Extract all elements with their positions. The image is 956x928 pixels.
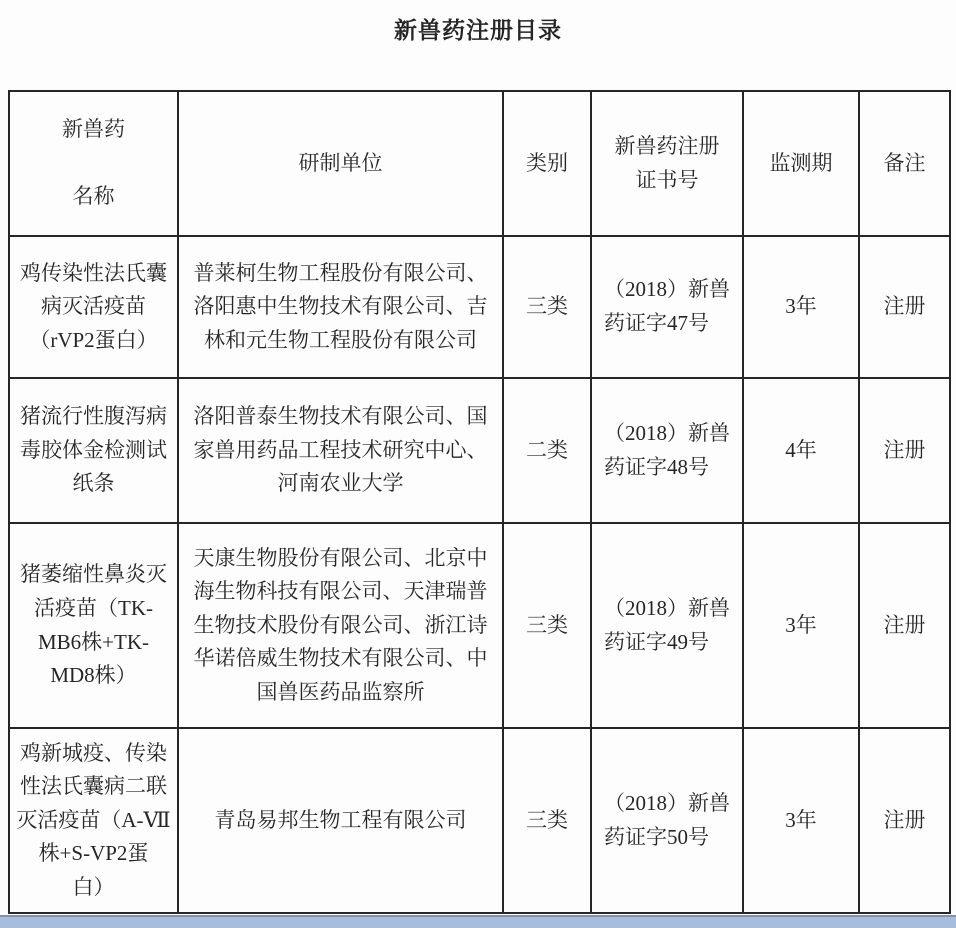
cell-cert-no: （2018）新兽 药证字50号 bbox=[591, 728, 743, 913]
col-header-monitor-period: 监测期 bbox=[743, 91, 859, 236]
table-header-row: 新兽药 名称 研制单位 类别 新兽药注册 证书号 监测期 备注 bbox=[9, 91, 950, 236]
cell-monitor-period: 3年 bbox=[743, 523, 859, 728]
bottom-divider-bar bbox=[0, 915, 956, 928]
cell-drug-name: 猪流行性腹泻病 毒胶体金检测试 纸条 bbox=[9, 378, 178, 523]
table-row: 鸡新城疫、传染 性法氏囊病二联 灭活疫苗（A-Ⅶ 株+S-VP2蛋 白） 青岛易… bbox=[9, 728, 950, 913]
cert-no-text: （2018）新兽 药证字49号 bbox=[604, 592, 730, 659]
cell-cert-no: （2018）新兽 药证字48号 bbox=[591, 378, 743, 523]
cell-cert-no: （2018）新兽 药证字47号 bbox=[591, 236, 743, 378]
cell-drug-name: 鸡传染性法氏囊 病灭活疫苗 （rVP2蛋白） bbox=[9, 236, 178, 378]
cell-developer: 天康生物股份有限公司、北京中 海生物科技有限公司、天津瑞普 生物技术股份有限公司… bbox=[178, 523, 503, 728]
cell-monitor-period: 3年 bbox=[743, 728, 859, 913]
cell-drug-name: 猪萎缩性鼻炎灭 活疫苗（TK- MB6株+TK- MD8株） bbox=[9, 523, 178, 728]
cell-developer: 青岛易邦生物工程有限公司 bbox=[178, 728, 503, 913]
col-header-category: 类别 bbox=[503, 91, 591, 236]
cert-no-text: （2018）新兽 药证字47号 bbox=[604, 273, 730, 340]
cell-note: 注册 bbox=[859, 728, 950, 913]
cell-category: 三类 bbox=[503, 523, 591, 728]
cell-cert-no: （2018）新兽 药证字49号 bbox=[591, 523, 743, 728]
col-header-note: 备注 bbox=[859, 91, 950, 236]
cell-note: 注册 bbox=[859, 236, 950, 378]
col-header-developer: 研制单位 bbox=[178, 91, 503, 236]
cell-developer: 普莱柯生物工程股份有限公司、 洛阳惠中生物技术有限公司、吉 林和元生物工程股份有… bbox=[178, 236, 503, 378]
cell-category: 三类 bbox=[503, 728, 591, 913]
cell-monitor-period: 3年 bbox=[743, 236, 859, 378]
col-header-drug-name: 新兽药 名称 bbox=[9, 91, 178, 236]
cell-category: 二类 bbox=[503, 378, 591, 523]
table-row: 猪流行性腹泻病 毒胶体金检测试 纸条 洛阳普泰生物技术有限公司、国 家兽用药品工… bbox=[9, 378, 950, 523]
registration-table: 新兽药 名称 研制单位 类别 新兽药注册 证书号 监测期 备注 鸡传染性法氏囊 … bbox=[8, 90, 951, 914]
cell-monitor-period: 4年 bbox=[743, 378, 859, 523]
col-header-cert-no: 新兽药注册 证书号 bbox=[591, 91, 743, 236]
page-title: 新兽药注册目录 bbox=[0, 12, 956, 45]
cell-note: 注册 bbox=[859, 523, 950, 728]
cell-note: 注册 bbox=[859, 378, 950, 523]
cell-developer: 洛阳普泰生物技术有限公司、国 家兽用药品工程技术研究中心、 河南农业大学 bbox=[178, 378, 503, 523]
cell-drug-name: 鸡新城疫、传染 性法氏囊病二联 灭活疫苗（A-Ⅶ 株+S-VP2蛋 白） bbox=[9, 728, 178, 913]
cert-no-text: （2018）新兽 药证字50号 bbox=[604, 787, 730, 854]
table-row: 猪萎缩性鼻炎灭 活疫苗（TK- MB6株+TK- MD8株） 天康生物股份有限公… bbox=[9, 523, 950, 728]
cell-category: 三类 bbox=[503, 236, 591, 378]
cert-no-text: （2018）新兽 药证字48号 bbox=[604, 417, 730, 484]
table-row: 鸡传染性法氏囊 病灭活疫苗 （rVP2蛋白） 普莱柯生物工程股份有限公司、 洛阳… bbox=[9, 236, 950, 378]
